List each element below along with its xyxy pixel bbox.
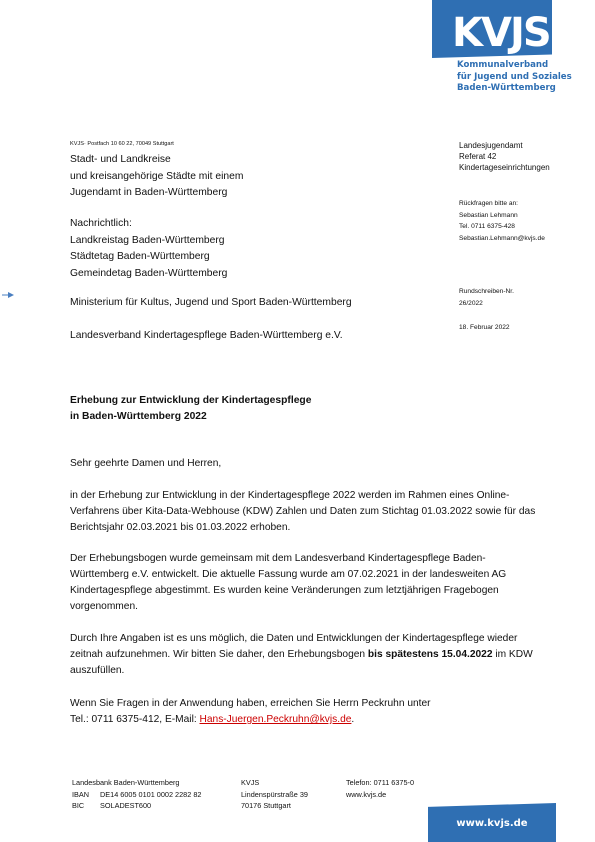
logo-subtitle-line: Kommunalverband: [457, 60, 572, 72]
footer-web[interactable]: www.kvjs.de: [346, 789, 414, 801]
association-line: Landesverband Kindertagespflege Baden-Wü…: [70, 328, 343, 345]
contact-email: Sebastian.Lehmann@kvjs.de: [459, 233, 545, 245]
sender-line: KVJS· Postfach 10 60 22, 70049 Stuttgart: [70, 141, 174, 147]
footer-contact: Telefon: 0711 6375-0 www.kvjs.de: [346, 777, 414, 800]
footer-org: KVJS: [241, 777, 308, 789]
recipient-block: Stadt- und Landkreise und kreisangehörig…: [70, 152, 243, 202]
department-line: Referat 42: [459, 151, 550, 162]
phone-text: Tel.: 0711 6375-412, E-Mail:: [70, 714, 200, 725]
paragraph-1: in der Erhebung zur Entwicklung in der K…: [70, 488, 540, 536]
contact-block: Rückfragen bitte an: Sebastian Lehmann T…: [459, 198, 545, 244]
logo-brand: KVJS: [452, 13, 550, 53]
arrow-right-icon: [2, 291, 14, 299]
footer-bank: Landesbank Baden-Württemberg IBANDE14 60…: [72, 777, 201, 812]
bic-label: BIC: [72, 800, 100, 812]
subject-line: Erhebung zur Entwicklung der Kindertages…: [70, 393, 311, 409]
paragraph-4-contact: Tel.: 0711 6375-412, E-Mail: Hans-Juerge…: [70, 712, 540, 728]
recipient-line: Jugendamt in Baden-Württemberg: [70, 185, 243, 202]
logo-subtitle-line: Baden-Württemberg: [457, 83, 572, 95]
circular-number: 26/2022: [459, 298, 514, 310]
bic-row: BICSOLADEST600: [72, 800, 201, 812]
letter-date: 18. Februar 2022: [459, 322, 510, 334]
footer-address: KVJS Lindenspürstraße 39 70176 Stuttgart: [241, 777, 308, 812]
footer-phone: Telefon: 0711 6375-0: [346, 777, 414, 789]
cc-block: Nachrichtlich: Landkreistag Baden-Württe…: [70, 216, 227, 282]
bank-name: Landesbank Baden-Württemberg: [72, 777, 201, 789]
cc-line: Städtetag Baden-Württemberg: [70, 249, 227, 266]
web-banner-link[interactable]: www.kvjs.de: [428, 818, 556, 829]
recipient-line: und kreisangehörige Städte mit einem: [70, 169, 243, 186]
circular-block: Rundschreiben-Nr. 26/2022: [459, 286, 514, 309]
contact-label: Rückfragen bitte an:: [459, 198, 545, 210]
bic-value: SOLADEST600: [100, 801, 151, 810]
email-link[interactable]: Hans-Juergen.Peckruhn@kvjs.de: [200, 714, 352, 725]
logo-subtitle: Kommunalverband für Jugend und Soziales …: [457, 60, 572, 95]
contact-phone: Tel. 0711 6375-428: [459, 221, 545, 233]
paragraph-3: Durch Ihre Angaben ist es uns möglich, d…: [70, 631, 540, 679]
iban-label: IBAN: [72, 789, 100, 801]
logo-subtitle-line: für Jugend und Soziales: [457, 72, 572, 84]
paragraph-4-line: Wenn Sie Fragen in der Anwendung haben, …: [70, 696, 540, 712]
cc-line: Gemeindetag Baden-Württemberg: [70, 266, 227, 283]
iban-row: IBANDE14 6005 0101 0002 2282 82: [72, 789, 201, 801]
department-line: Landesjugendamt: [459, 140, 550, 151]
cc-line: Landkreistag Baden-Württemberg: [70, 233, 227, 250]
department-block: Landesjugendamt Referat 42 Kindertagesei…: [459, 140, 550, 173]
paragraph-4: Wenn Sie Fragen in der Anwendung haben, …: [70, 696, 540, 728]
salutation: Sehr geehrte Damen und Herren,: [70, 456, 540, 472]
footer-city: 70176 Stuttgart: [241, 800, 308, 812]
period: .: [351, 714, 354, 725]
deadline: bis spätestens 15.04.2022: [368, 649, 493, 660]
subject: Erhebung zur Entwicklung der Kindertages…: [70, 393, 311, 425]
subject-line: in Baden-Württemberg 2022: [70, 409, 311, 425]
cc-label: Nachrichtlich:: [70, 216, 227, 233]
circular-label: Rundschreiben-Nr.: [459, 286, 514, 298]
recipient-line: Stadt- und Landkreise: [70, 152, 243, 169]
contact-name: Sebastian Lehmann: [459, 210, 545, 222]
paragraph-2: Der Erhebungsbogen wurde gemeinsam mit d…: [70, 551, 540, 615]
department-line: Kindertageseinrichtungen: [459, 162, 550, 173]
footer-street: Lindenspürstraße 39: [241, 789, 308, 801]
iban-value: DE14 6005 0101 0002 2282 82: [100, 790, 201, 799]
ministry-line: Ministerium für Kultus, Jugend und Sport…: [70, 295, 352, 312]
